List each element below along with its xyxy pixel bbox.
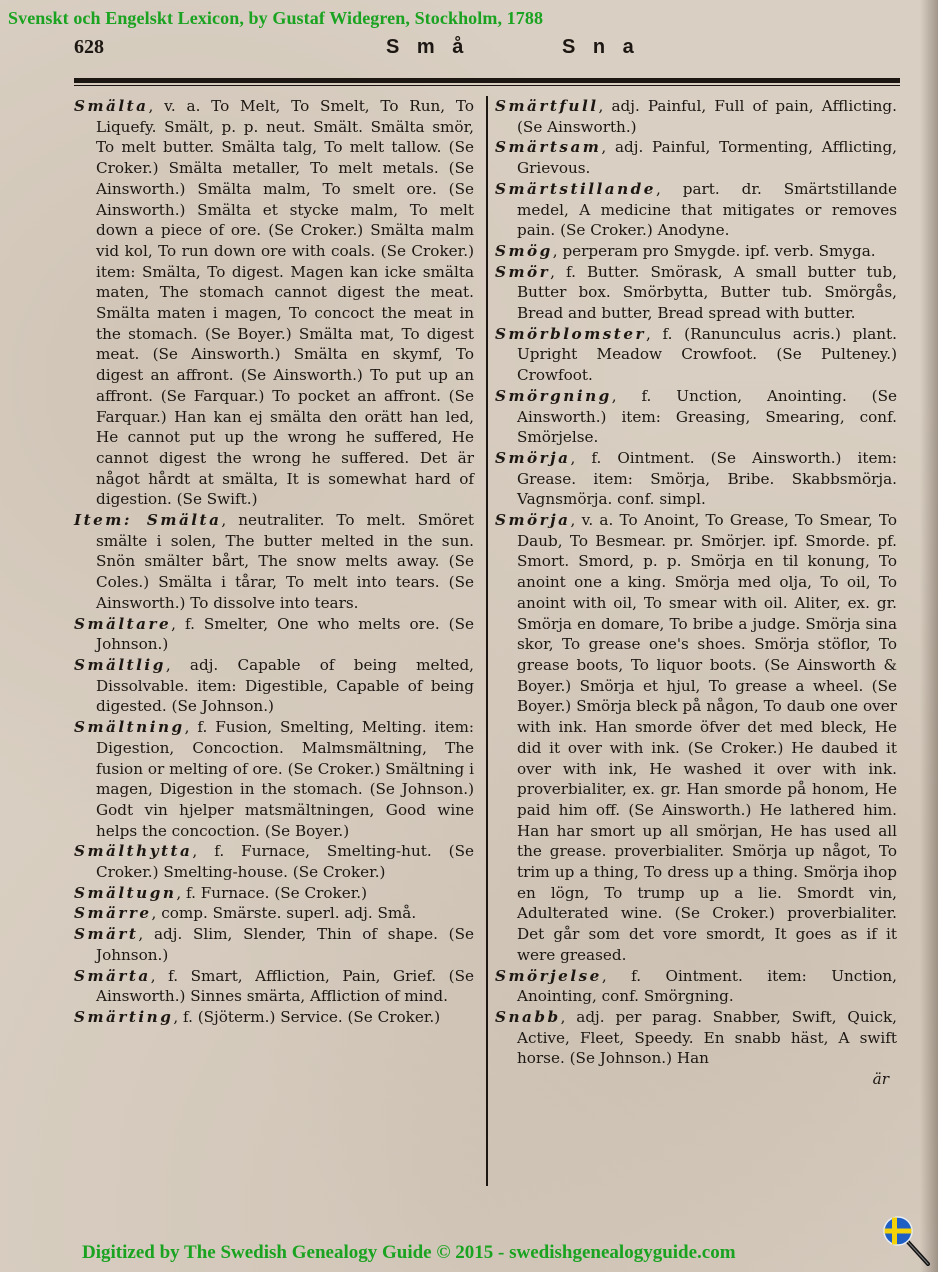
page-number: 628 (74, 36, 104, 59)
definition: , f. Butter. Smörask, A small butter tub… (517, 263, 897, 322)
running-head: 628 S m å S n a (74, 36, 904, 66)
headword: Smärtsam (495, 138, 601, 156)
dictionary-entry: Smärtfull, adj. Painful, Full of pain, A… (495, 96, 897, 137)
headword: Smärting (74, 1008, 173, 1026)
dictionary-entry: Smörjelse, f. Ointment. item: Unction, A… (495, 966, 897, 1007)
definition: , f. Furnace. (Se Croker.) (176, 884, 367, 902)
headword: Smältare (74, 615, 171, 633)
headword: Smörja (495, 511, 571, 529)
column-divider (486, 96, 488, 1186)
dictionary-entry: Smärta, f. Smart, Affliction, Pain, Grie… (74, 966, 474, 1007)
headword: Smältning (74, 718, 185, 736)
definition: , adj. per parag. Snabber, Swift, Quick,… (517, 1008, 897, 1067)
header-rule-thick (74, 78, 900, 83)
headword: Smörja (495, 449, 571, 467)
digitized-by-footer: Digitized by The Swedish Genealogy Guide… (82, 1242, 736, 1264)
dictionary-entry: Smärre, comp. Smärste. superl. adj. Små. (74, 903, 474, 924)
headword: Smärta (74, 967, 151, 985)
headword: Smörgning (495, 387, 612, 405)
dictionary-entry: Smör, f. Butter. Smörask, A small butter… (495, 262, 897, 324)
dictionary-entry: Smältning, f. Fusion, Smelting, Melting.… (74, 717, 474, 841)
headword: Smältlig (74, 656, 166, 674)
headword: Smärre (74, 904, 152, 922)
headword: Smältugn (74, 884, 176, 902)
dictionary-entry: Smältlig, adj. Capable of being melted, … (74, 655, 474, 717)
definition: , f. Smart, Affliction, Pain, Grief. (Se… (96, 967, 474, 1006)
guide-word-left: S m å (386, 36, 469, 59)
dictionary-entry: Smärtsam, adj. Painful, Tormenting, Affl… (495, 137, 897, 178)
dictionary-entry: Smältare, f. Smelter, One who melts ore.… (74, 614, 474, 655)
definition: , perperam pro Smygde. ipf. verb. Smyga. (553, 242, 876, 260)
definition: , v. a. To Melt, To Smelt, To Run, To Li… (96, 97, 474, 508)
catchword: är (495, 1069, 897, 1090)
headword: Item: Smälta (74, 511, 221, 529)
definition: , v. a. To Anoint, To Grease, To Smear, … (517, 511, 897, 964)
book-title-watermark: Svenskt och Engelskt Lexicon, by Gustaf … (8, 8, 543, 29)
dictionary-entry: Smörja, f. Ointment. (Se Ainsworth.) ite… (495, 448, 897, 510)
header-rule-thin (74, 85, 900, 86)
dictionary-entry: Item: Smälta, neutraliter. To melt. Smör… (74, 510, 474, 614)
dictionary-entry: Smärt, adj. Slim, Slender, Thin of shape… (74, 924, 474, 965)
header-rule (74, 78, 900, 88)
dictionary-entry: Smälta, v. a. To Melt, To Smelt, To Run,… (74, 96, 474, 510)
headword: Smärtfull (495, 97, 599, 115)
dictionary-entry: Smörblomster, f. (Ranunculus acris.) pla… (495, 324, 897, 386)
headword: Smög (495, 242, 553, 260)
definition: , f. (Sjöterm.) Service. (Se Croker.) (173, 1008, 440, 1026)
page-edge-shadow (920, 0, 938, 1272)
headword: Smörblomster (495, 325, 646, 343)
left-column: Smälta, v. a. To Melt, To Smelt, To Run,… (74, 96, 474, 1028)
dictionary-entry: Snabb, adj. per parag. Snabber, Swift, Q… (495, 1007, 897, 1069)
headword: Smörjelse (495, 967, 602, 985)
definition: , adj. Slim, Slender, Thin of shape. (Se… (96, 925, 474, 964)
definition: , comp. Smärste. superl. adj. Små. (152, 904, 417, 922)
headword: Smärtstillande (495, 180, 656, 198)
headword: Smärt (74, 925, 138, 943)
dictionary-entry: Smärtstillande, part. dr. Smärtstillande… (495, 179, 897, 241)
definition: , f. Ointment. (Se Ainsworth.) item: Gre… (517, 449, 897, 508)
dictionary-entry: Smög, perperam pro Smygde. ipf. verb. Sm… (495, 241, 897, 262)
guide-word-right: S n a (562, 36, 640, 59)
dictionary-entry: Smärting, f. (Sjöterm.) Service. (Se Cro… (74, 1007, 474, 1028)
dictionary-entry: Smältugn, f. Furnace. (Se Croker.) (74, 883, 474, 904)
swedish-flag-magnifier-icon (882, 1214, 932, 1266)
headword: Smälta (74, 97, 149, 115)
headword: Snabb (495, 1008, 561, 1026)
dictionary-entry: Smörja, v. a. To Anoint, To Grease, To S… (495, 510, 897, 965)
definition: , f. Fusion, Smelting, Melting. item: Di… (96, 718, 474, 840)
dictionary-entry: Smörgning, f. Unction, Anointing. (Se Ai… (495, 386, 897, 448)
headword: Smör (495, 263, 550, 281)
right-column: Smärtfull, adj. Painful, Full of pain, A… (495, 96, 897, 1090)
headword: Smälthytta (74, 842, 192, 860)
dictionary-entry: Smälthytta, f. Furnace, Smelting-hut. (S… (74, 841, 474, 882)
